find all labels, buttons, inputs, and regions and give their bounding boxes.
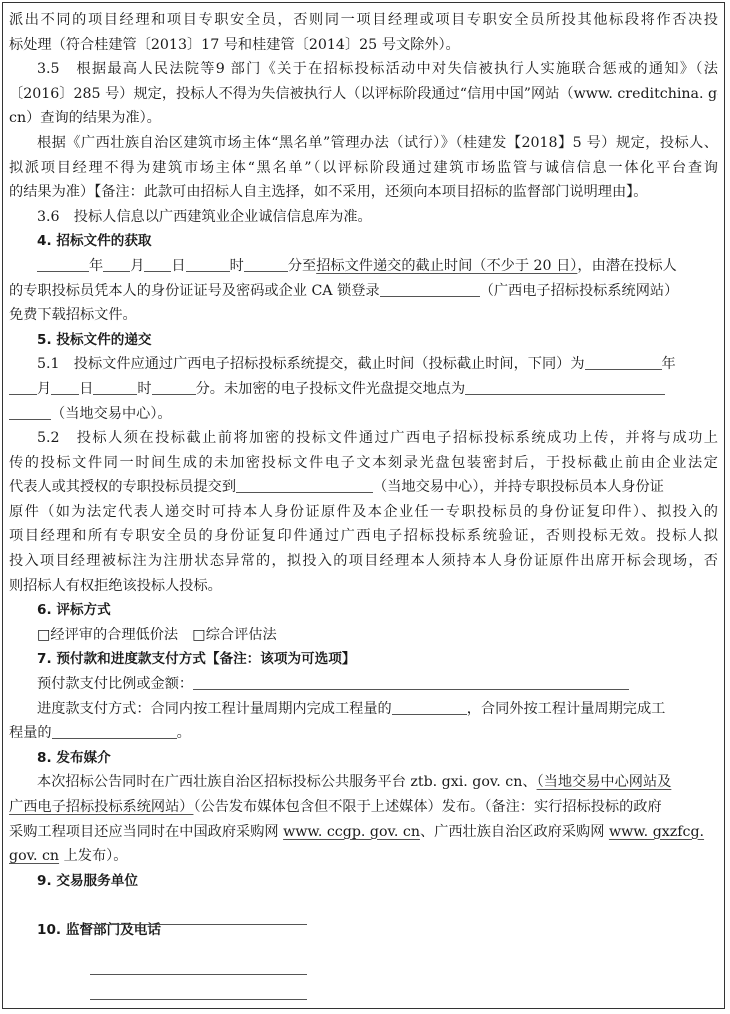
checkbox-comprehensive-evaluation[interactable]: □综合评估法 [192,627,276,643]
hour-blank[interactable] [186,254,230,272]
supervision-dept-blank[interactable] [90,974,307,975]
text-line: 广西电子招标投标系统网站）（公告发布媒体包含但不限于上述媒体）发布。（备注：实行… [9,795,718,820]
section-heading-6: 6. 评标方式 [9,598,718,623]
supervision-phone-blank[interactable] [90,999,307,1000]
text-line: 则招标人有权拒绝该投标人投标。 [9,574,718,599]
day-blank[interactable] [144,254,171,272]
text-line: 免费下载招标文件。 [9,303,718,328]
text-line: 原件（如为法定代表人递交时可持本人身份证原件及本企业任一专职投标员的身份证复印件… [9,500,718,525]
text-line: 根据《广西壮族自治区建筑市场主体“黑名单”管理办法（试行）》（桂建发【2018】… [9,131,718,156]
text-line: 拟派项目经理不得为建筑市场主体“黑名单”（以评标阶段通过建筑市场监管与诚信信息一… [9,156,718,181]
checkbox-reasonable-low-price[interactable]: □经评审的合理低价法 [37,627,178,643]
text-line: 本次招标公告同时在广西壮族自治区招标投标公共服务平台 ztb. gxi. gov… [9,770,718,795]
text-line: 年月日时分至招标文件递交的截止时间（不少于 20 日），由潜在投标人 [9,254,718,279]
location-blank[interactable] [465,377,665,395]
text-line: 预付款支付比例或金额： [9,672,718,697]
text-line: 派出不同的项目经理和项目专职安全员，否则同一项目经理或项目专职安全员所投其他标段… [9,8,718,33]
progress-payment-in-blank[interactable] [392,697,467,715]
gxzfcg-link[interactable]: www. gxzfcg. [609,824,704,840]
login-blank[interactable] [380,279,480,297]
text-line: 月日时分。未加密的电子投标文件光盘提交地点为 [9,377,718,402]
text-line: （当地交易中心）。 [9,402,718,427]
clause-5-1: 5.1 投标文件应通过广西电子招标投标系统提交，截止时间（投标截止时间，下同）为… [9,352,718,377]
ccgp-link[interactable]: www. ccgp. gov. cn [283,824,420,840]
text-line: 进度款支付方式：合同内按工程计量周期内完成工程量的，合同外按工程计量周期完成工 [9,697,718,722]
text-line: 投入项目经理被标注为注册状态异常的，拟投入的项目经理本人须持本人身份证原件出席开… [9,549,718,574]
day-blank[interactable] [51,377,79,395]
minute-blank[interactable] [244,254,288,272]
document-page: 派出不同的项目经理和项目专职安全员，否则同一项目经理或项目专职安全员所投其他标段… [2,2,725,1009]
minute-blank[interactable] [152,377,196,395]
text-line: gov. cn 上发布）。 [9,844,718,869]
section-heading-10: 10. 监督部门及电话 [9,918,718,943]
location-blank-cont[interactable] [9,402,51,420]
month-blank[interactable] [9,377,37,395]
section-heading-7: 7. 预付款和进度款支付方式【备注：该项为可选项】 [9,647,718,672]
year-blank[interactable] [585,352,662,370]
text-line: 传的投标文件同一时间生成的未加密投标文件电子文本刻录光盘包装密封后，于投标截止前… [9,451,718,476]
clause-3-6: 3.6 投标人信息以广西建筑业企业诚信信息库为准。 [9,205,718,230]
text-line: 代表人或其授权的专职投标员提交到（当地交易中心），并持专职投标员本人身份证 [9,475,718,500]
clause-5-2: 5.2 投标人须在投标截止前将加密的投标文件通过广西电子招标投标系统成功上传，并… [9,426,718,451]
trade-service-unit-blank[interactable] [90,924,307,925]
text-line: cn）查询的结果为准）。 [9,106,718,131]
text-line: 程量的。 [9,721,718,746]
text-line: 〔2016〕285 号）规定，投标人不得为失信被执行人（以评标阶段通过“信用中国… [9,82,718,107]
text-line: 项目经理和所有专职安全员的身份证复印件通过广西电子招标投标系统验证，否则投标无效… [9,524,718,549]
advance-payment-blank[interactable] [193,672,629,690]
text-line: 采购工程项目还应当同时在中国政府采购网 www. ccgp. gov. cn、广… [9,820,718,845]
gxzfcg-link-cont[interactable]: gov. cn [9,848,59,864]
text-line: 的结果为准）【备注：此款可由招标人自主选择，如不采用，还须向本项目招标的监督部门… [9,180,718,205]
year-blank[interactable] [37,254,89,272]
section-heading-5: 5. 投标文件的递交 [9,328,718,353]
hour-blank[interactable] [93,377,137,395]
progress-payment-out-blank[interactable] [52,721,177,739]
clause-3-5: 3.5 根据最高人民法院等9 部门《关于在招标投标活动中对失信被执行人实施联合惩… [9,57,718,82]
month-blank[interactable] [103,254,130,272]
submission-location-blank[interactable] [236,475,373,493]
section-heading-9: 9. 交易服务单位 [9,869,718,894]
evaluation-options: □经评审的合理低价法 □综合评估法 [9,623,718,648]
text-line: 标处理（符合桂建管〔2013〕17 号和桂建管〔2014〕25 号文除外）。 [9,33,718,58]
text-line: 的专职投标员凭本人的身份证证号及密码或企业 CA 锁登录（广西电子招标投标系统网… [9,279,718,304]
section-heading-8: 8. 发布媒介 [9,746,718,771]
section-heading-4: 4. 招标文件的获取 [9,229,718,254]
